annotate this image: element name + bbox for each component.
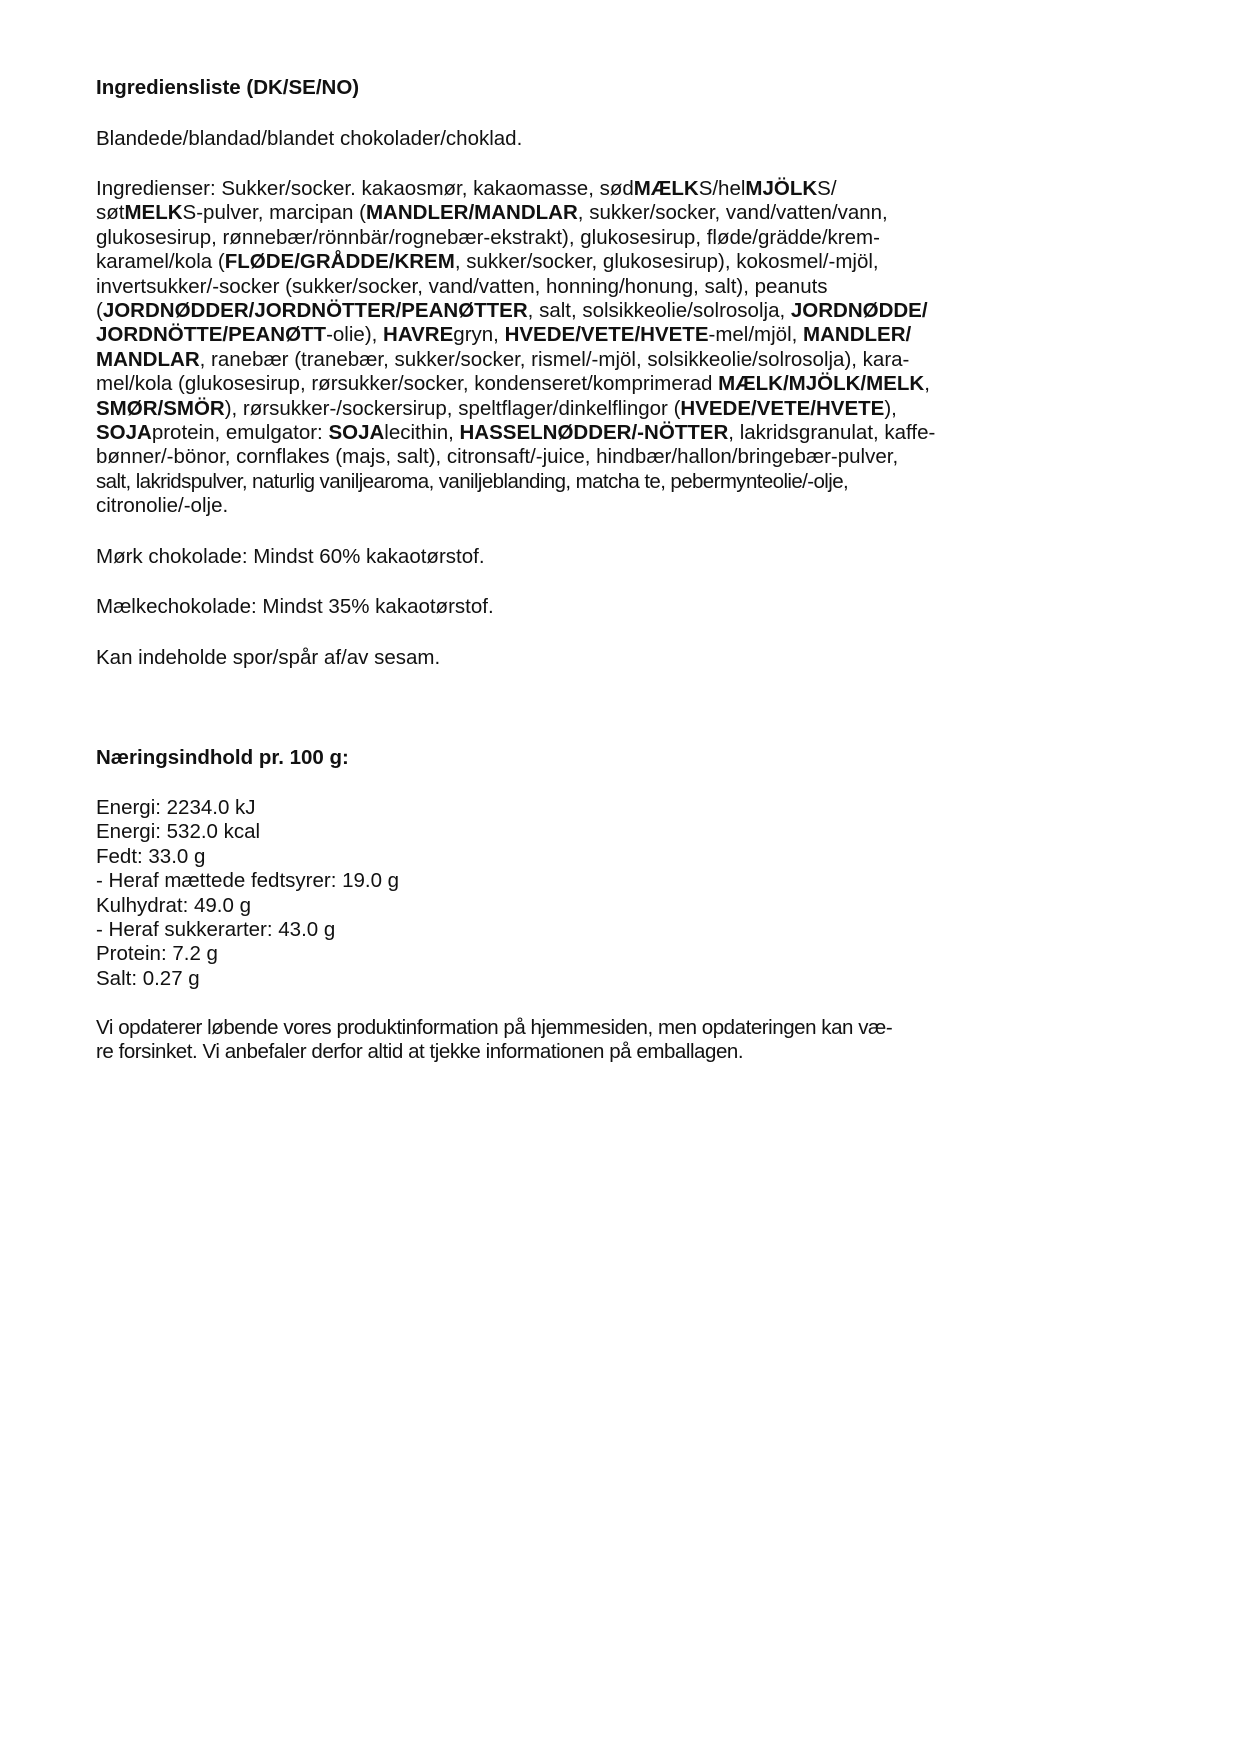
ingredient-text: mel/kola (glukosesirup, rørsukker/socker… [96, 372, 718, 395]
ingredient-text: citronolie/-olje. [96, 494, 228, 517]
product-name: Blandede/blandad/blandet chokolader/chok… [96, 127, 1156, 151]
allergen-text: HVEDE/VETE/HVETE [680, 397, 884, 420]
allergen-text: JORDNØDDER/JORDNÖTTER/PEANØTTER [103, 299, 528, 322]
nutrition-row: Energi: 2234.0 kJ [96, 796, 1156, 820]
nutrition-row: - Heraf mættede fedtsyrer: 19.0 g [96, 869, 1156, 893]
ingredient-text: salt, lakridspulver, naturlig vaniljearo… [96, 470, 848, 493]
ingredient-text: -olie), [326, 323, 383, 346]
ingredient-text: Ingredienser: Sukker/socker. kakaosmør, … [96, 177, 634, 200]
ingredients-line: (JORDNØDDER/JORDNÖTTER/PEANØTTER, salt, … [96, 299, 1156, 323]
ingredients-line: SMØR/SMÖR), rørsukker-/sockersirup, spel… [96, 397, 1156, 421]
ingredient-text: , ranebær (tranebær, sukker/socker, rism… [200, 348, 910, 371]
ingredients-line: bønner/-bönor, cornflakes (majs, salt), … [96, 445, 1156, 469]
allergen-text: MELK [124, 201, 182, 224]
allergen-text: HAVRE [383, 323, 453, 346]
nutrition-row: Fedt: 33.0 g [96, 845, 1156, 869]
disclaimer-line: re forsinket. Vi anbefaler derfor altid … [96, 1040, 1156, 1064]
ingredient-text: protein, emulgator: [152, 421, 329, 444]
ingredient-text: ( [96, 299, 103, 322]
ingredient-text: -mel/mjöl, [709, 323, 804, 346]
allergen-text: MANDLER/MANDLAR [366, 201, 578, 224]
ingredient-text: søt [96, 201, 124, 224]
ingredient-text: glukosesirup, rønnebær/rönnbär/rognebær-… [96, 226, 880, 249]
disclaimer: Vi opdaterer løbende vores produktinform… [96, 1016, 1156, 1065]
nutrition-row: - Heraf sukkerarter: 43.0 g [96, 918, 1156, 942]
allergen-text: HASSELNØDDER/-NÖTTER [460, 421, 729, 444]
ingredients-line: citronolie/-olje. [96, 494, 1156, 518]
allergen-text: JORDNØDDE/ [791, 299, 928, 322]
milk-chocolate-note: Mælkechokolade: Mindst 35% kakaotørstof. [96, 595, 1156, 619]
ingredients-line: glukosesirup, rønnebær/rönnbär/rognebær-… [96, 226, 1156, 250]
ingredient-text: bønner/-bönor, cornflakes (majs, salt), … [96, 445, 898, 468]
ingredients-line: MANDLAR, ranebær (tranebær, sukker/socke… [96, 348, 1156, 372]
allergen-text: HVEDE/VETE/HVETE [505, 323, 709, 346]
ingredients-line: SOJAprotein, emulgator: SOJAlecithin, HA… [96, 421, 1156, 445]
ingredient-text: gryn, [453, 323, 504, 346]
nutrition-table: Energi: 2234.0 kJEnergi: 532.0 kcalFedt:… [96, 796, 1156, 991]
allergen-text: FLØDE/GRÅDDE/KREM [225, 250, 455, 273]
allergen-text: JORDNÖTTE/PEANØTT [96, 323, 326, 346]
allergen-text: SOJA [328, 421, 384, 444]
ingredient-text: , [924, 372, 930, 395]
ingredients-heading: Ingrediensliste (DK/SE/NO) [96, 76, 1156, 100]
allergen-text: MJÖLK [745, 177, 817, 200]
ingredients-line: karamel/kola (FLØDE/GRÅDDE/KREM, sukker/… [96, 250, 1156, 274]
ingredient-text: S/hel [699, 177, 746, 200]
ingredients-line: Ingredienser: Sukker/socker. kakaosmør, … [96, 177, 1156, 201]
ingredients-line: mel/kola (glukosesirup, rørsukker/socker… [96, 372, 1156, 396]
allergen-text: MÆLK [634, 177, 699, 200]
ingredients-line: salt, lakridspulver, naturlig vaniljearo… [96, 470, 1156, 494]
ingredient-text: ), [884, 397, 897, 420]
document-page: Ingrediensliste (DK/SE/NO) Blandede/blan… [0, 0, 1240, 1754]
ingredient-text: S/ [817, 177, 836, 200]
ingredients-line: invertsukker/-socker (sukker/socker, van… [96, 275, 1156, 299]
allergen-text: MANDLER/ [803, 323, 911, 346]
allergen-text: MÆLK/MJÖLK/MELK [718, 372, 924, 395]
ingredient-text: S-pulver, marcipan ( [183, 201, 366, 224]
ingredient-text: karamel/kola ( [96, 250, 225, 273]
ingredient-text: , sukker/socker, vand/vatten/vann, [578, 201, 888, 224]
allergen-text: SOJA [96, 421, 152, 444]
ingredients-line: søtMELKS-pulver, marcipan (MANDLER/MANDL… [96, 201, 1156, 225]
nutrition-row: Salt: 0.27 g [96, 967, 1156, 991]
allergen-text: MANDLAR [96, 348, 200, 371]
nutrition-heading: Næringsindhold pr. 100 g: [96, 746, 1156, 770]
ingredient-text: lecithin, [384, 421, 459, 444]
dark-chocolate-note: Mørk chokolade: Mindst 60% kakaotørstof. [96, 545, 1156, 569]
ingredients-line: JORDNÖTTE/PEANØTT-olie), HAVREgryn, HVED… [96, 323, 1156, 347]
ingredient-text: ), rørsukker-/sockersirup, speltflager/d… [225, 397, 681, 420]
nutrition-row: Kulhydrat: 49.0 g [96, 894, 1156, 918]
nutrition-row: Protein: 7.2 g [96, 942, 1156, 966]
ingredient-text: , lakridsgranulat, kaffe- [728, 421, 935, 444]
ingredient-text: , sukker/socker, glukosesirup), kokosmel… [455, 250, 879, 273]
ingredients-list: Ingredienser: Sukker/socker. kakaosmør, … [96, 177, 1156, 518]
disclaimer-line: Vi opdaterer løbende vores produktinform… [96, 1016, 1156, 1040]
allergen-text: SMØR/SMÖR [96, 397, 225, 420]
nutrition-row: Energi: 532.0 kcal [96, 820, 1156, 844]
ingredient-text: invertsukker/-socker (sukker/socker, van… [96, 275, 828, 298]
ingredient-text: , salt, solsikkeolie/solrosolja, [528, 299, 791, 322]
allergen-note: Kan indeholde spor/spår af/av sesam. [96, 646, 1156, 670]
